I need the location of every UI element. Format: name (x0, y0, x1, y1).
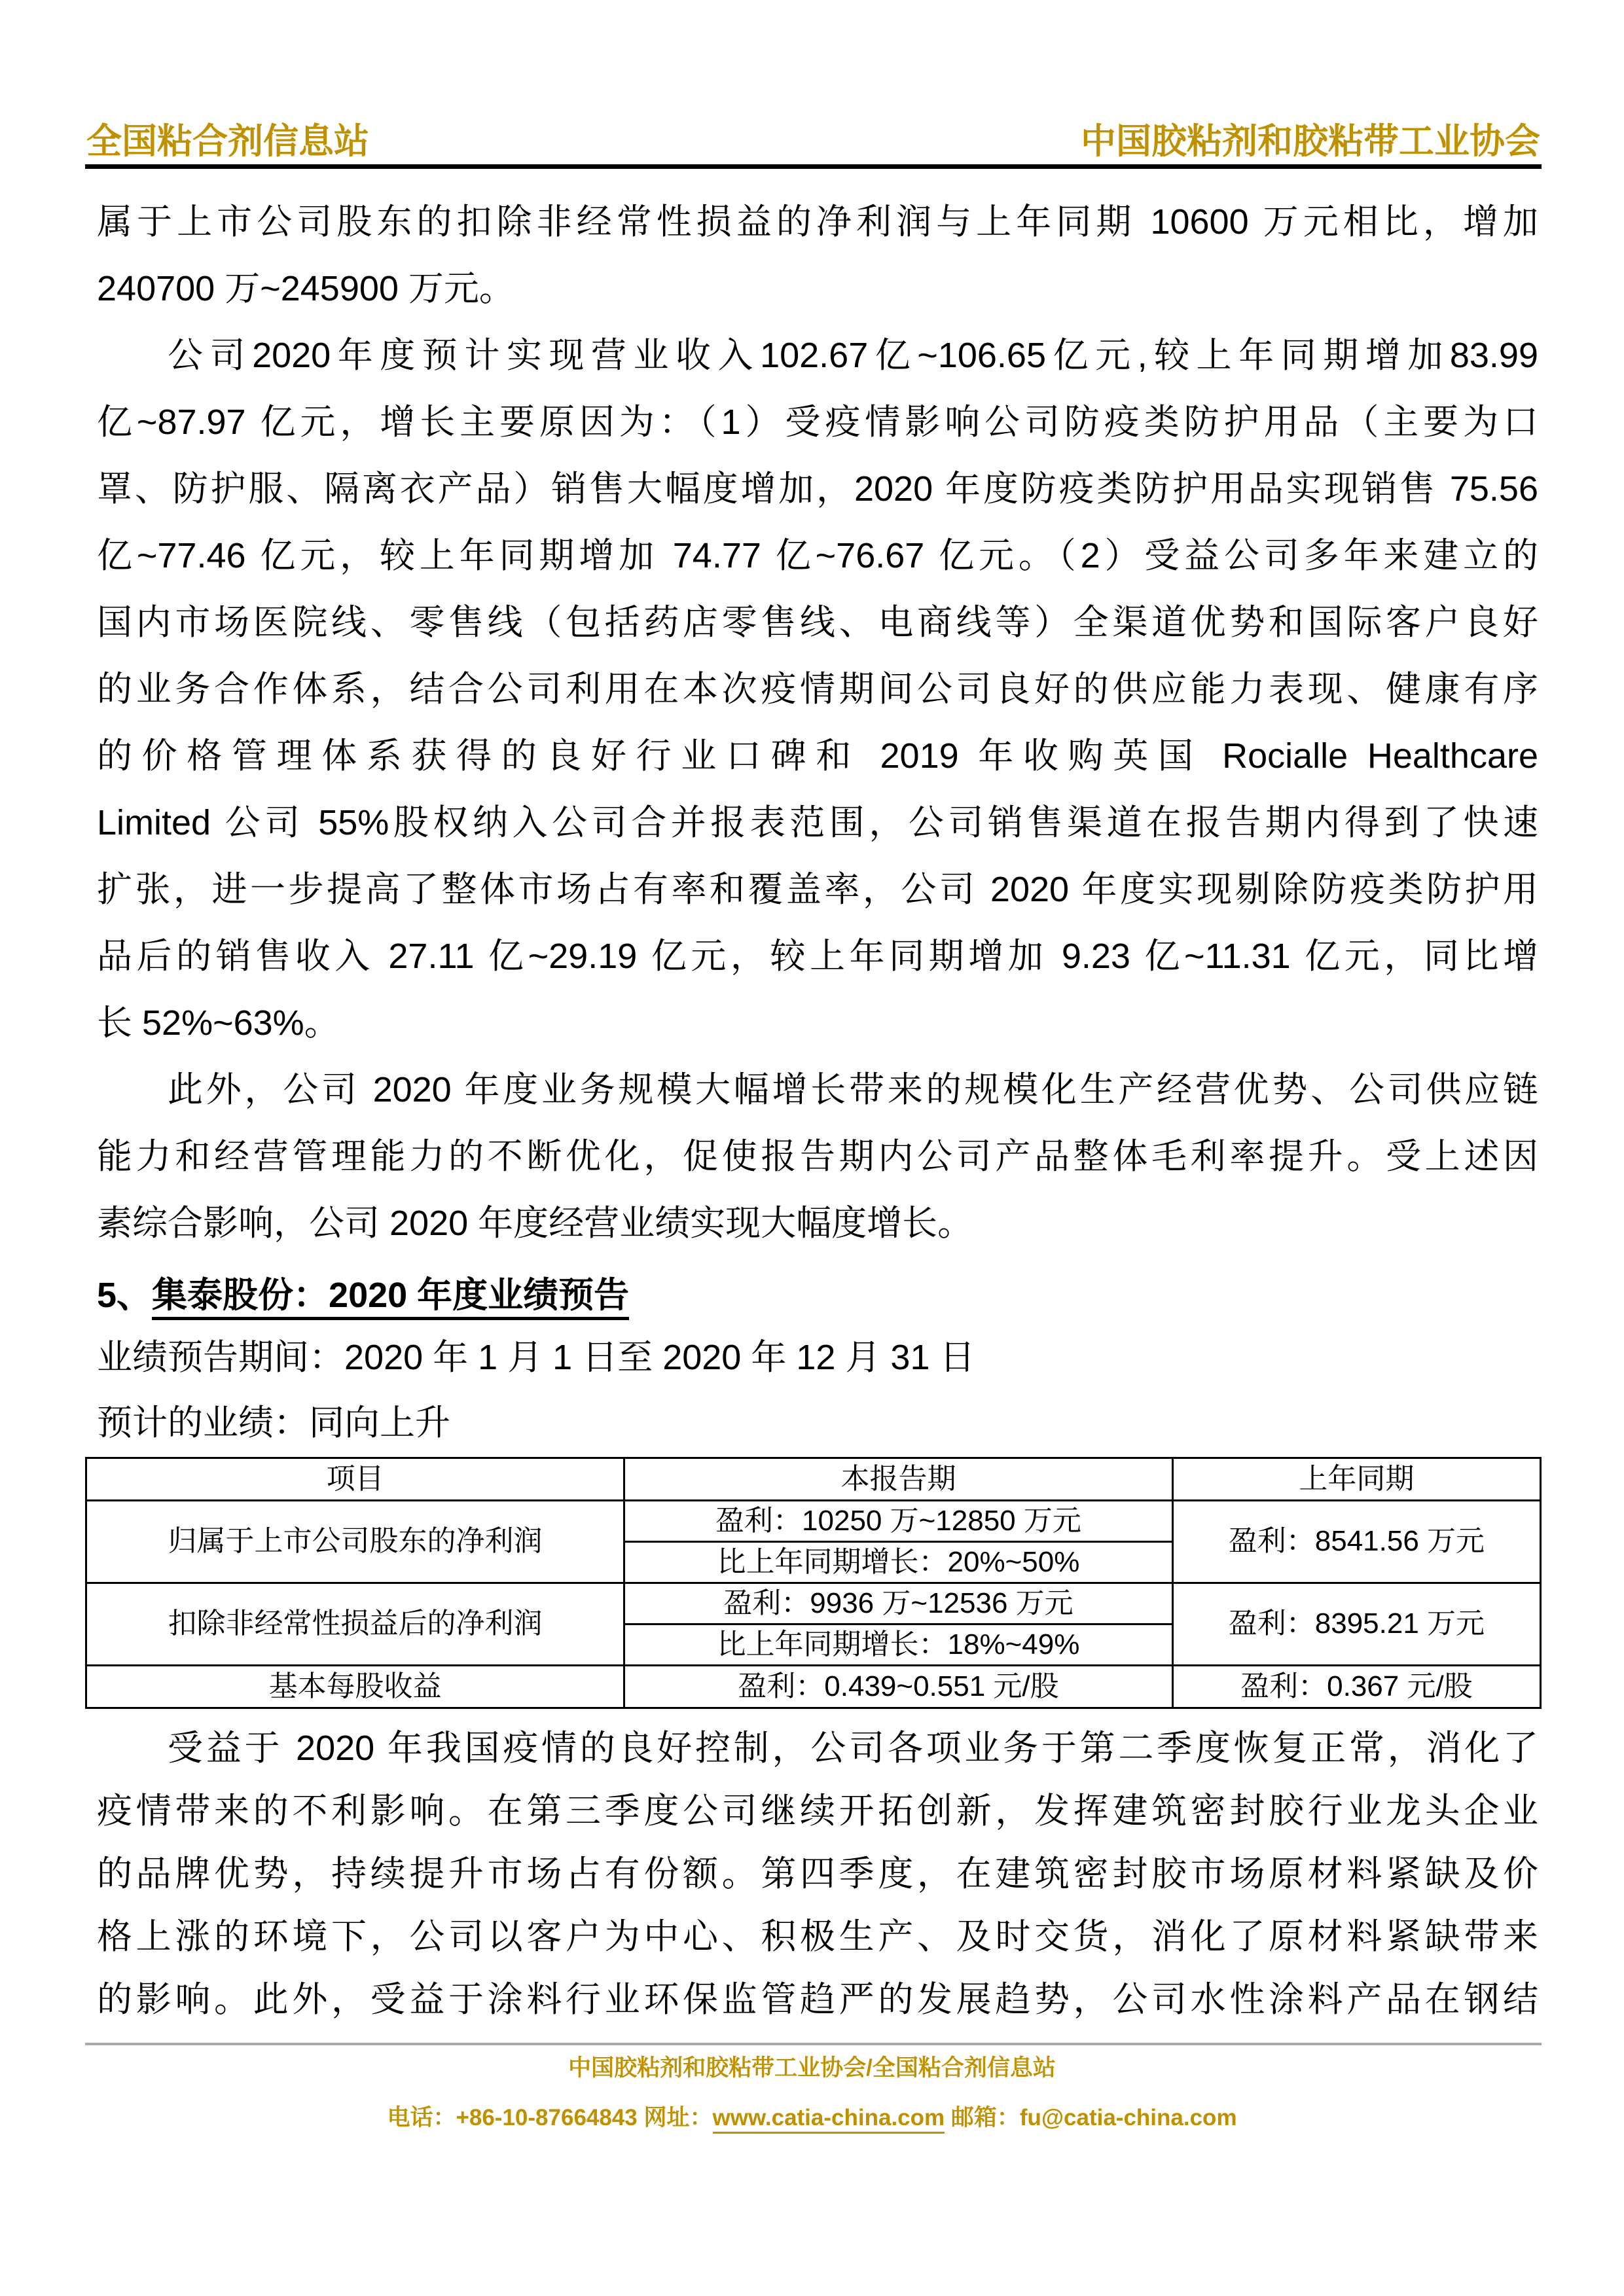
table-header-item: 项目 (86, 1458, 624, 1501)
footer-website-link[interactable]: www.catia-china.com (713, 2105, 945, 2134)
body-line: 品后的销售收入 27.11 亿~29.19 亿元，较上年同期增加 9.23 亿~… (97, 923, 1538, 990)
table-row: 基本每股收益 盈利：0.439~0.551 元/股 盈利：0.367 元/股 (86, 1666, 1541, 1708)
header-rule-divider (85, 164, 1542, 169)
footer-org-line: 中国胶粘剂和胶粘带工业协会/全国粘合剂信息站 (0, 2054, 1624, 2082)
paragraph-1: 属于上市公司股东的扣除非经常性损益的净利润与上年同期 10600 万元相比，增加… (97, 188, 1538, 322)
paragraph-3: 此外，公司 2020 年度业务规模大幅增长带来的规模化生产经营优势、公司供应链 … (97, 1056, 1538, 1257)
body-line: 罩、防护服、隔离衣产品）销售大幅度增加，2020 年度防疫类防护用品实现销售 7… (97, 456, 1538, 522)
body-line: 此外，公司 2020 年度业务规模大幅增长带来的规模化生产经营优势、公司供应链 (97, 1056, 1538, 1123)
table-cell-item-deducted-profit: 扣除非经常性损益后的净利润 (86, 1583, 624, 1666)
header-left-title: 全国粘合剂信息站 (86, 122, 369, 161)
table-row: 扣除非经常性损益后的净利润 盈利：9936 万~12536 万元 盈利：8395… (86, 1583, 1541, 1624)
page-content: 属于上市公司股东的扣除非经常性损益的净利润与上年同期 10600 万元相比，增加… (97, 188, 1538, 2031)
section-title-underlined: 集泰股份：2020 年度业绩预告 (152, 1276, 629, 1320)
section-number: 5、 (97, 1276, 152, 1315)
performance-forecast-table: 项目 本报告期 上年同期 归属于上市公司股东的净利润 盈利：10250 万~12… (85, 1457, 1542, 1709)
page-header: 全国粘合剂信息站 中国胶粘剂和胶粘带工业协会 (0, 0, 1624, 161)
footer-phone-and-web-label: 电话：+86-10-87664843 网址： (387, 2105, 712, 2130)
body-line: 亿~87.97 亿元，增长主要原因为：（1）受疫情影响公司防疫类防护用品（主要为… (97, 389, 1538, 456)
table-header-row: 项目 本报告期 上年同期 (86, 1458, 1541, 1501)
body-line: 的品牌优势，持续提升市场占有份额。第四季度，在建筑密封胶市场原材料紧缺及价 (97, 1842, 1538, 1905)
paragraph-2: 公司2020年度预计实现营业收入102.67亿~106.65亿元,较上年同期增加… (97, 322, 1538, 1056)
table-cell-prior-profit: 盈利：0.367 元/股 (1172, 1666, 1540, 1708)
table-cell-current-profit: 盈利：9936 万~12536 万元 (624, 1583, 1173, 1624)
body-line: 素综合影响，公司 2020 年度经营业绩实现大幅度增长。 (97, 1190, 1538, 1257)
table-cell-item-net-profit: 归属于上市公司股东的净利润 (86, 1501, 624, 1583)
table-row: 归属于上市公司股东的净利润 盈利：10250 万~12850 万元 盈利：854… (86, 1501, 1541, 1542)
table-cell-prior-profit: 盈利：8541.56 万元 (1172, 1501, 1540, 1583)
footer-rule-divider (85, 2043, 1542, 2045)
table-cell-current-profit: 盈利：0.439~0.551 元/股 (624, 1666, 1173, 1708)
body-line: 能力和经营管理能力的不断优化，促使报告期内公司产品整体毛利率提升。受上述因 (97, 1123, 1538, 1190)
body-line: 扩张，进一步提高了整体市场占有率和覆盖率，公司 2020 年度实现剔除防疫类防护… (97, 856, 1538, 923)
body-line: 的价格管理体系获得的良好行业口碑和 2019 年收购英国 Rocialle He… (97, 723, 1538, 789)
table-cell-current-profit: 盈利：10250 万~12850 万元 (624, 1501, 1173, 1542)
body-line: 240700 万~245900 万元。 (97, 255, 1538, 322)
footer-email-label: 邮箱：fu@catia-china.com (945, 2105, 1236, 2130)
table-header-current-period: 本报告期 (624, 1458, 1173, 1501)
body-line: 的业务合作体系，结合公司利用在本次疫情期间公司良好的供应能力表现、健康有序 (97, 656, 1538, 723)
body-line: 长 52%~63%。 (97, 990, 1538, 1056)
body-line: 国内市场医院线、零售线（包括药店零售线、电商线等）全渠道优势和国际客户良好 (97, 589, 1538, 656)
body-line: 的影响。此外，受益于涂料行业环保监管趋严的发展趋势，公司水性涂料产品在钢结 (97, 1968, 1538, 2031)
body-line: 受益于 2020 年我国疫情的良好控制，公司各项业务于第二季度恢复正常，消化了 (97, 1717, 1538, 1780)
footer-contact-line: 电话：+86-10-87664843 网址：www.catia-china.co… (0, 2104, 1624, 2132)
body-line: 疫情带来的不利影响。在第三季度公司继续开拓创新，发挥建筑密封胶行业龙头企业 (97, 1780, 1538, 1842)
body-line: 亿~77.46 亿元，较上年同期增加 74.77 亿~76.67 亿元。（2）受… (97, 522, 1538, 589)
table-cell-item-eps: 基本每股收益 (86, 1666, 624, 1708)
table-cell-prior-profit: 盈利：8395.21 万元 (1172, 1583, 1540, 1666)
paragraph-4: 受益于 2020 年我国疫情的良好控制，公司各项业务于第二季度恢复正常，消化了 … (97, 1717, 1538, 2031)
body-line: Limited 公司 55%股权纳入公司合并报表范围，公司销售渠道在报告期内得到… (97, 789, 1538, 856)
table-header-prior-period: 上年同期 (1172, 1458, 1540, 1501)
body-line: 属于上市公司股东的扣除非经常性损益的净利润与上年同期 10600 万元相比，增加 (97, 188, 1538, 255)
forecast-direction-line: 预计的业绩：同向上升 (97, 1390, 1538, 1456)
body-line: 格上涨的环境下，公司以客户为中心、积极生产、及时交货，消化了原材料紧缺带来 (97, 1905, 1538, 1968)
document-page: 全国粘合剂信息站 中国胶粘剂和胶粘带工业协会 属于上市公司股东的扣除非经常性损益… (0, 0, 1624, 2296)
forecast-period-line: 业绩预告期间：2020 年 1 月 1 日至 2020 年 12 月 31 日 (97, 1325, 1538, 1390)
table-cell-current-growth: 比上年同期增长：18%~49% (624, 1624, 1173, 1666)
table-cell-current-growth: 比上年同期增长：20%~50% (624, 1542, 1173, 1583)
header-right-title: 中国胶粘剂和胶粘带工业协会 (1081, 122, 1540, 161)
section-heading: 5、集泰股份：2020 年度业绩预告 (97, 1266, 1538, 1325)
body-line: 公司2020年度预计实现营业收入102.67亿~106.65亿元,较上年同期增加… (97, 322, 1538, 389)
